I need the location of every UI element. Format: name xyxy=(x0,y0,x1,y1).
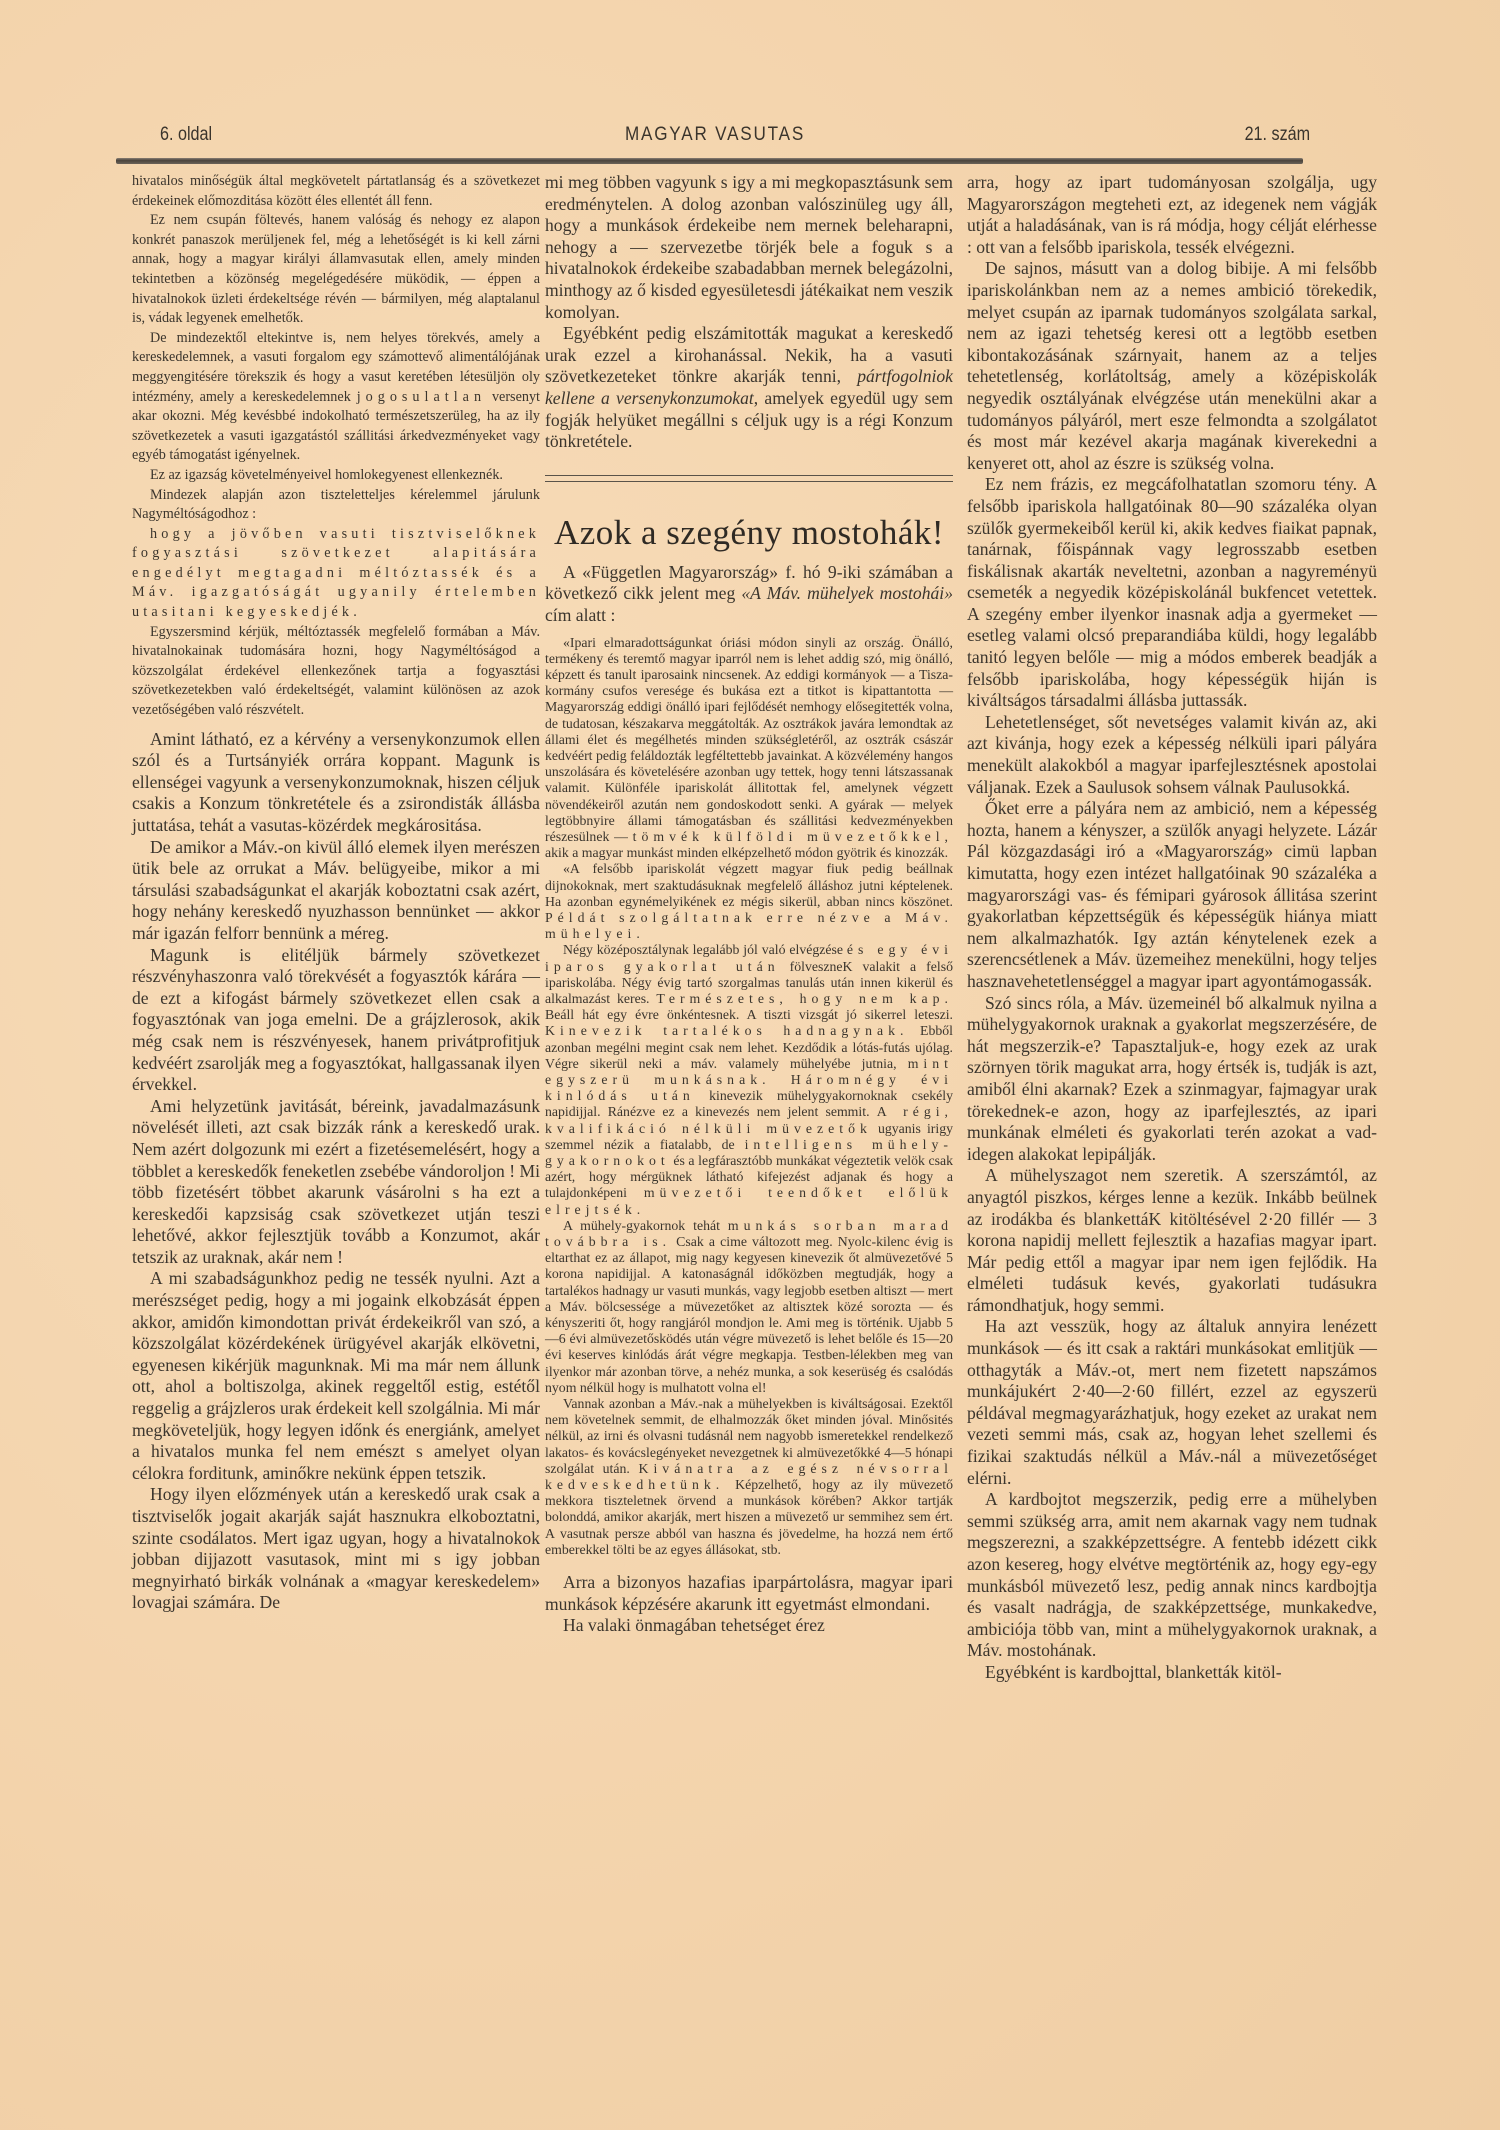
issue-number: 21. szám xyxy=(1244,124,1310,146)
masthead: 6. oldal MAGYAR VASUTAS 21. szám xyxy=(120,124,1310,154)
paragraph: De amikor a Máv.-on kivül álló elemek il… xyxy=(132,837,540,945)
quoted-paragraph: Négy középosztálynak legalább jól való e… xyxy=(545,942,953,1217)
paragraph: Ez nem frázis, ez megcáfolhatatlan szomo… xyxy=(967,474,1377,712)
paragraph: De mindezektől eltekintve is, nem helyes… xyxy=(132,329,540,466)
quoted-paragraph: A mühely-gyakornok tehát munkás sorban m… xyxy=(545,1218,953,1396)
petition-request: hogy a jövőben vasuti tisztviselőknek fo… xyxy=(132,525,540,623)
quoted-paragraph: Vannak azonban a Máv.-nak a mühelyekben … xyxy=(545,1396,953,1558)
paragraph: Egyébként pedig elszámitották magukat a … xyxy=(545,323,953,453)
paragraph: Magunk is elitéljük bármely szövetkezet … xyxy=(132,945,540,1096)
paragraph: Amint látható, ez a kérvény a versenykon… xyxy=(132,729,540,837)
paragraph: De sajnos, másutt van a dolog bibije. A … xyxy=(967,258,1377,474)
paragraph: mi meg többen vagyunk s igy a mi megkopa… xyxy=(545,172,953,323)
paragraph: Szó sincs róla, a Máv. üzemeinél bő alka… xyxy=(967,993,1377,1166)
newspaper-title: MAGYAR VASUTAS xyxy=(180,124,1251,146)
paragraph: Mindezek alapján azon tiszteletteljes ké… xyxy=(132,486,540,525)
column-2: mi meg többen vagyunk s igy a mi megkopa… xyxy=(545,172,953,1637)
paragraph: Lehetetlenséget, sőt nevetséges valamit … xyxy=(967,712,1377,798)
column-3: arra, hogy az ipart tudományosan szolgál… xyxy=(967,172,1377,1684)
paragraph: arra, hogy az ipart tudományosan szolgál… xyxy=(967,172,1377,258)
paragraph: Arra a bizonyos hazafias iparpártolásra,… xyxy=(545,1572,953,1615)
paragraph: Ha azt vesszük, hogy az általuk annyira … xyxy=(967,1316,1377,1489)
paragraph: Egyébként is kardbojttal, blanketták kit… xyxy=(967,1662,1377,1684)
paragraph: Ha valaki önmagában tehetséget érez xyxy=(545,1615,953,1637)
section-divider xyxy=(545,475,953,482)
paragraph: Ez nem csupán föltevés, hanem valóság és… xyxy=(132,211,540,329)
newspaper-page: 6. oldal MAGYAR VASUTAS 21. szám hivatal… xyxy=(0,0,1500,2130)
paragraph: A kardbojtot megszerzik, pedig erre a mü… xyxy=(967,1489,1377,1662)
article-intro: A «Független Magyarország» f. hó 9-iki s… xyxy=(545,562,953,627)
quoted-paragraph: «A felsőbb ipariskolát végzett magyar fi… xyxy=(545,861,953,942)
quoted-paragraph: «Ipari elmaradottságunkat óriási módon s… xyxy=(545,635,953,862)
paragraph: A mi szabadságunkhoz pedig ne tessék nyu… xyxy=(132,1268,540,1484)
paragraph: hivatalos minőségük által megkövetelt pá… xyxy=(132,172,540,211)
article-headline: Azok a szegény mostohák! xyxy=(545,512,953,554)
paragraph: Egyszersmind kérjük, méltóztassék megfel… xyxy=(132,623,540,721)
paragraph: Őket erre a pályára nem az ambició, nem … xyxy=(967,798,1377,992)
paragraph: Hogy ilyen előzmények után a kereskedő u… xyxy=(132,1484,540,1614)
column-1: hivatalos minőségük által megkövetelt pá… xyxy=(132,172,540,1614)
paragraph: Ez az igazság követelményeivel homlokegy… xyxy=(132,466,540,486)
paragraph: A mühelyszagot nem szeretik. A szerszámt… xyxy=(967,1165,1377,1316)
header-rule xyxy=(116,158,1303,164)
paragraph: Ami helyzetünk javitását, béreink, javad… xyxy=(132,1096,540,1269)
